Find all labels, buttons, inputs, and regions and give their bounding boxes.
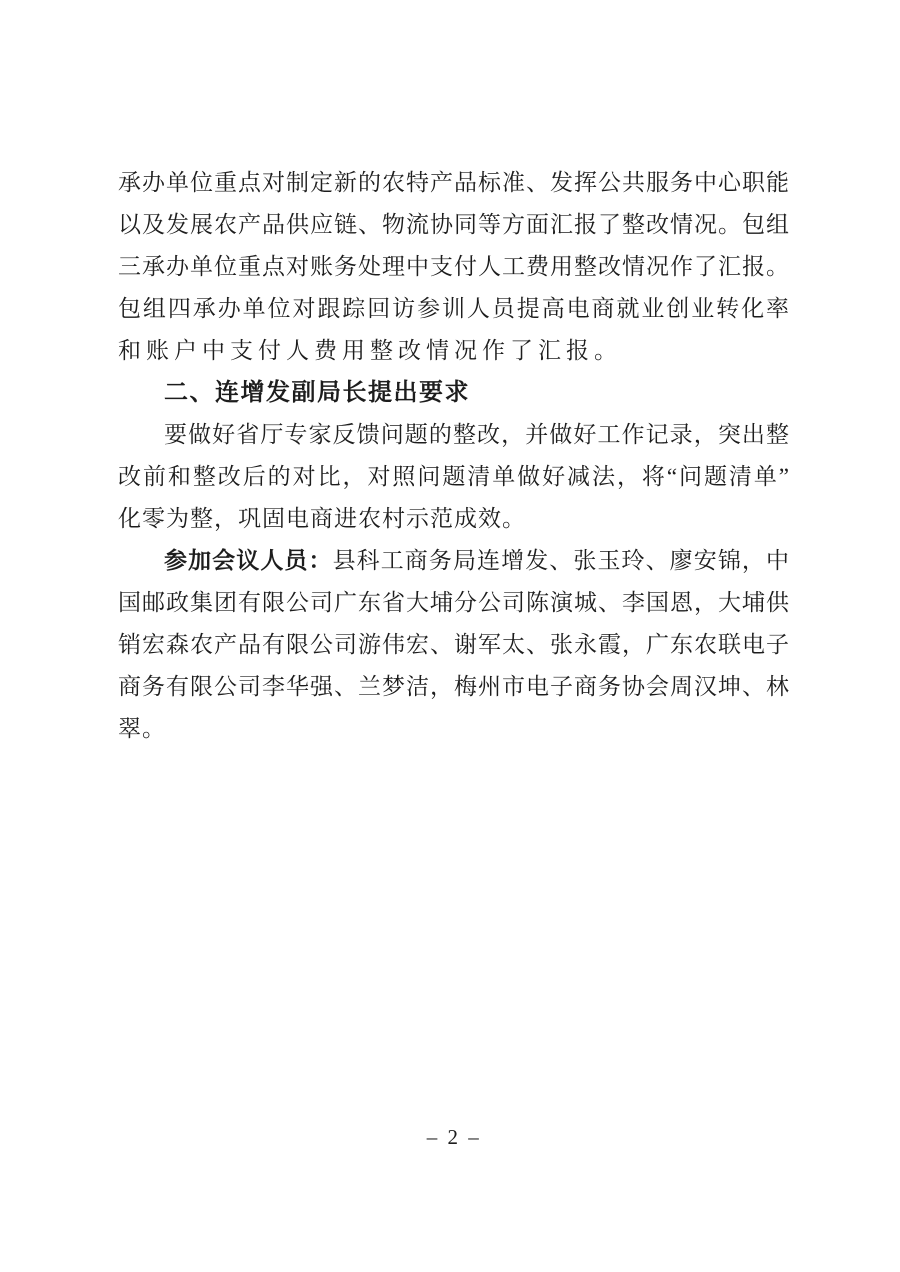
p2-line1: 要做好省厅专家反馈问题的整改，并做好工作记录，突出整: [118, 414, 790, 456]
participants-line2: 国邮政集团有限公司广东省大埔分公司陈演城、李国恩，大埔供: [118, 582, 790, 624]
participants-line1: 参加会议人员：县科工商务局连增发、张玉玲、廖安锦，中: [118, 540, 790, 582]
page-number: – 2 –: [118, 1122, 790, 1152]
participants-line1-text: 县科工商务局连增发、张玉玲、廖安锦，中: [333, 548, 790, 573]
p1-line5: 和账户中支付人费用整改情况作了汇报。: [118, 330, 790, 372]
p2-line3: 化零为整，巩固电商进农村示范成效。: [118, 498, 790, 540]
document-body: 承办单位重点对制定新的农特产品标准、发挥公共服务中心职能 以及发展农产品供应链、…: [118, 162, 790, 750]
participants-line3: 销宏森农产品有限公司游伟宏、谢军太、张永霞，广东农联电子: [118, 624, 790, 666]
participants-label: 参加会议人员：: [164, 548, 333, 573]
p1-line2: 以及发展农产品供应链、物流协同等方面汇报了整改情况。包组: [118, 204, 790, 246]
participants-line4: 商务有限公司李华强、兰梦洁，梅州市电子商务协会周汉坤、林: [118, 666, 790, 708]
p1-line1: 承办单位重点对制定新的农特产品标准、发挥公共服务中心职能: [118, 162, 790, 204]
p1-line3: 三承办单位重点对账务处理中支付人工费用整改情况作了汇报。: [118, 246, 790, 288]
p2-line2: 改前和整改后的对比，对照问题清单做好减法，将“问题清单”: [118, 456, 790, 498]
p1-line4: 包组四承办单位对跟踪回访参训人员提高电商就业创业转化率: [118, 288, 790, 330]
document-page: 承办单位重点对制定新的农特产品标准、发挥公共服务中心职能 以及发展农产品供应链、…: [0, 0, 900, 1272]
participants-line5: 翠。: [118, 708, 790, 750]
section-heading: 二、连增发副局长提出要求: [118, 372, 790, 414]
